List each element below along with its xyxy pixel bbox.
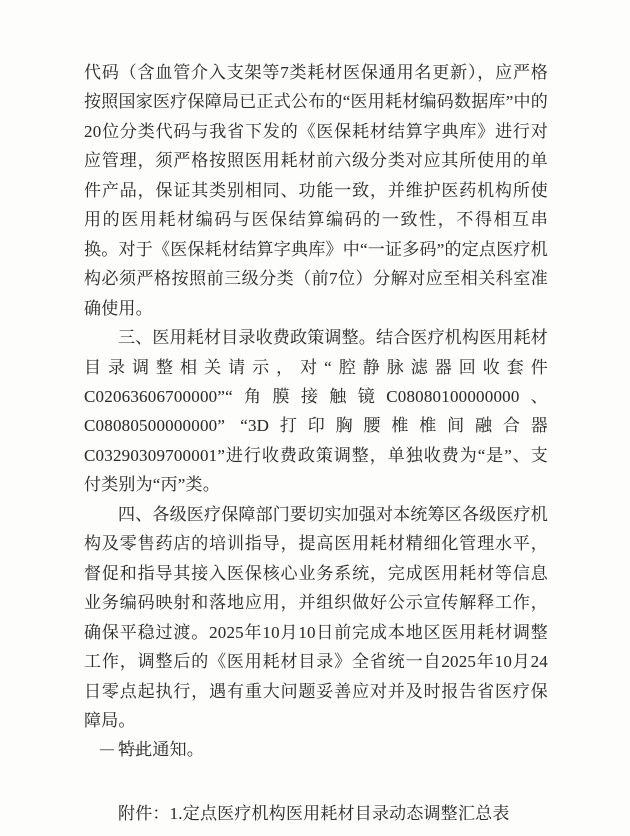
paragraph-item-four: 四、各级医疗保障部门要切实加强对本统筹区各级医疗机构及零售药店的培训指导，提高医… (84, 500, 548, 736)
page-number: — 2 — (100, 742, 150, 758)
paragraph-continuation: 代码（含血管介入支架等7类耗材医保通用名更新），应严格按照国家医疗保障局已正式公… (84, 58, 548, 323)
scanned-document-page: 代码（含血管介入支架等7类耗材医保通用名更新），应严格按照国家医疗保障局已正式公… (0, 0, 630, 836)
paragraph-item-three: 三、医用耗材目录收费政策调整。结合医疗机构医用耗材目录调整相关请示，对“腔静脉滤… (84, 323, 548, 500)
attachment-line: 附件：1.定点医疗机构医用耗材目录动态调整汇总表 (84, 799, 548, 828)
document-body: 代码（含血管介入支架等7类耗材医保通用名更新），应严格按照国家医疗保障局已正式公… (84, 58, 548, 828)
paragraph-closing: 特此通知。 (84, 735, 548, 764)
